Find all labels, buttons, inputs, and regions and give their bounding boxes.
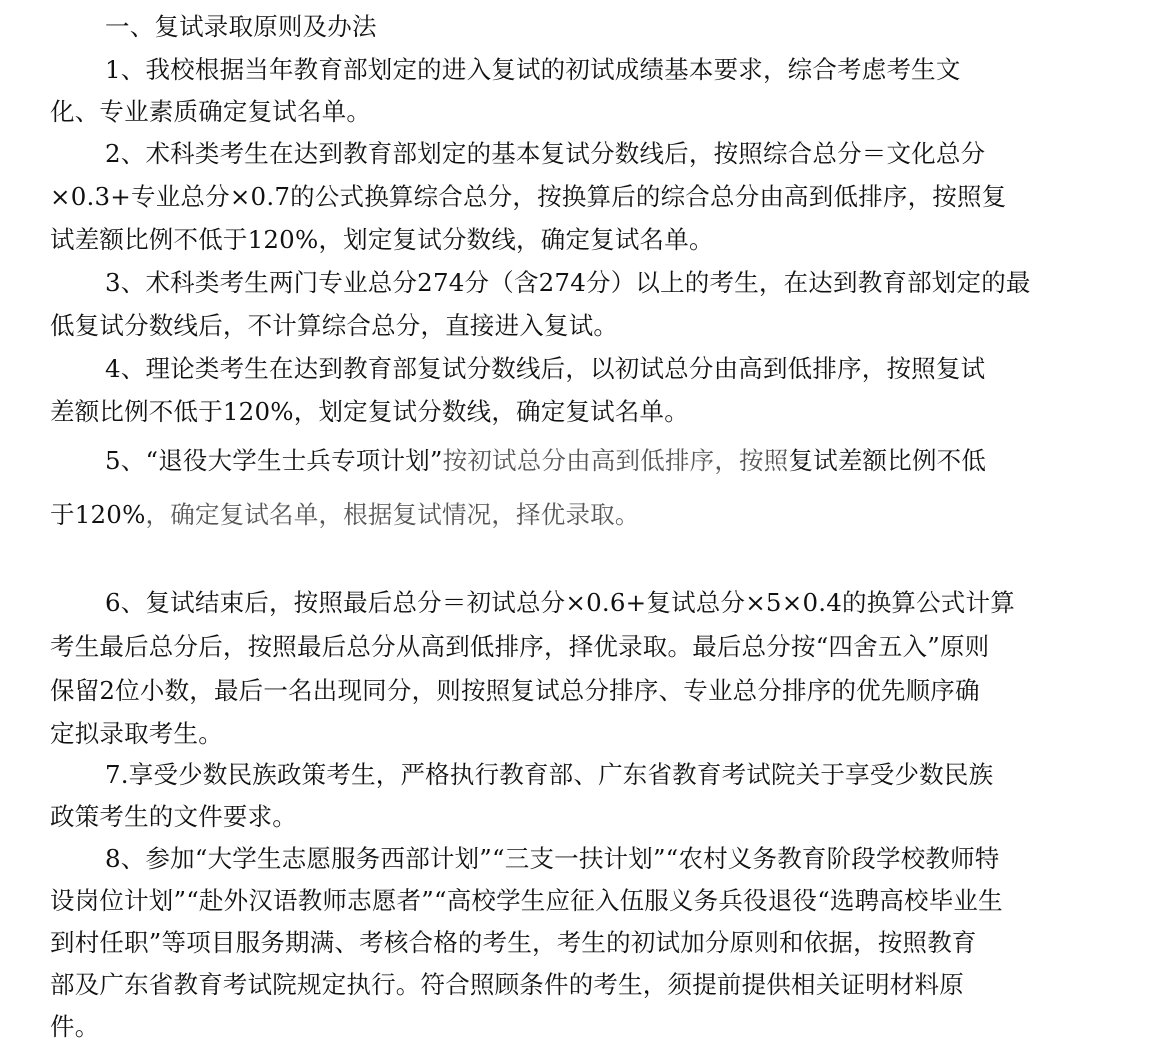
paragraph-8-line-2: 设岗位计划”“赴外汉语教师志愿者”“高校学生应征入伍服义务兵役退役“选聘高校毕业… [50, 886, 1003, 916]
paragraph-5-line-2: 于120%，确定复试名单，根据复试情况，择优录取。 [50, 500, 640, 530]
paragraph-4-line-2: 差额比例不低于120%，划定复试分数线，确定复试名单。 [50, 397, 689, 427]
paragraph-1-line-1: 1、我校根据当年教育部划定的进入复试的初试成绩基本要求，综合考虑考生文 [105, 55, 961, 85]
paragraph-8-line-3: 到村任职”等项目服务期满、考核合格的考生，考生的初试加分原则和依据，按照教育 [50, 928, 977, 958]
paragraph-6-line-1: 6、复试结束后，按照最后总分＝初试总分×0.6+复试总分×5×0.4的换算公式计… [105, 588, 1015, 618]
paragraph-1-line-2: 化、专业素质确定复试名单。 [50, 97, 371, 127]
paragraph-6-line-3: 保留2位小数，最后一名出现同分，则按照复试总分排序、专业总分排序的优先顺序确 [50, 676, 980, 706]
paragraph-2-line-1: 2、术科类考生在达到教育部划定的基本复试分数线后，按照综合总分＝文化总分 [105, 139, 985, 169]
paragraph-7-line-2: 政策考生的文件要求。 [50, 802, 297, 832]
paragraph-3-line-1: 3、术科类考生两门专业总分274分（含274分）以上的考生，在达到教育部划定的最 [105, 268, 1031, 298]
paragraph-3-line-2: 低复试分数线后，不计算综合总分，直接进入复试。 [50, 311, 618, 341]
paragraph-8-line-4: 部及广东省教育考试院规定执行。符合照顾条件的考生，须提前提供相关证明材料原 [50, 970, 964, 1000]
paragraph-4-line-1: 4、理论类考生在达到教育部复试分数线后，以初试总分由高到低排序，按照复试 [105, 354, 985, 384]
paragraph-6-line-2: 考生最后总分后，按照最后总分从高到低排序，择优录取。最后总分按“四舍五入”原则 [50, 632, 989, 662]
paragraph-8-line-5: 件。 [50, 1012, 99, 1042]
paragraph-5-gray-text-2: ，确定复试名单，根据复试情况，择优录取。 [146, 500, 640, 529]
paragraph-5-plan-name: 5、“退役大学生士兵专项计划” [105, 446, 443, 475]
paragraph-6-line-4: 定拟录取考生。 [50, 719, 223, 749]
paragraph-5-text: 复试差额比例不低 [788, 446, 986, 475]
paragraph-5-line-1: 5、“退役大学生士兵专项计划”按初试总分由高到低排序，按照复试差额比例不低 [105, 446, 986, 476]
paragraph-2-line-3: 试差额比例不低于120%，划定复试分数线，确定复试名单。 [50, 225, 714, 255]
paragraph-8-line-1: 8、参加“大学生志愿服务西部计划”“三支一扶计划”“农村义务教育阶段学校教师特 [105, 844, 1000, 874]
paragraph-5-ratio: 于120% [50, 500, 146, 529]
paragraph-5-gray-text: 按初试总分由高到低排序，按照 [443, 446, 789, 475]
paragraph-2-line-2: ×0.3+专业总分×0.7的公式换算综合总分，按换算后的综合总分由高到低排序，按… [50, 182, 1006, 212]
paragraph-7-line-1: 7.享受少数民族政策考生，严格执行教育部、广东省教育考试院关于享受少数民族 [105, 760, 993, 790]
section-heading: 一、复试录取原则及办法 [105, 12, 377, 42]
